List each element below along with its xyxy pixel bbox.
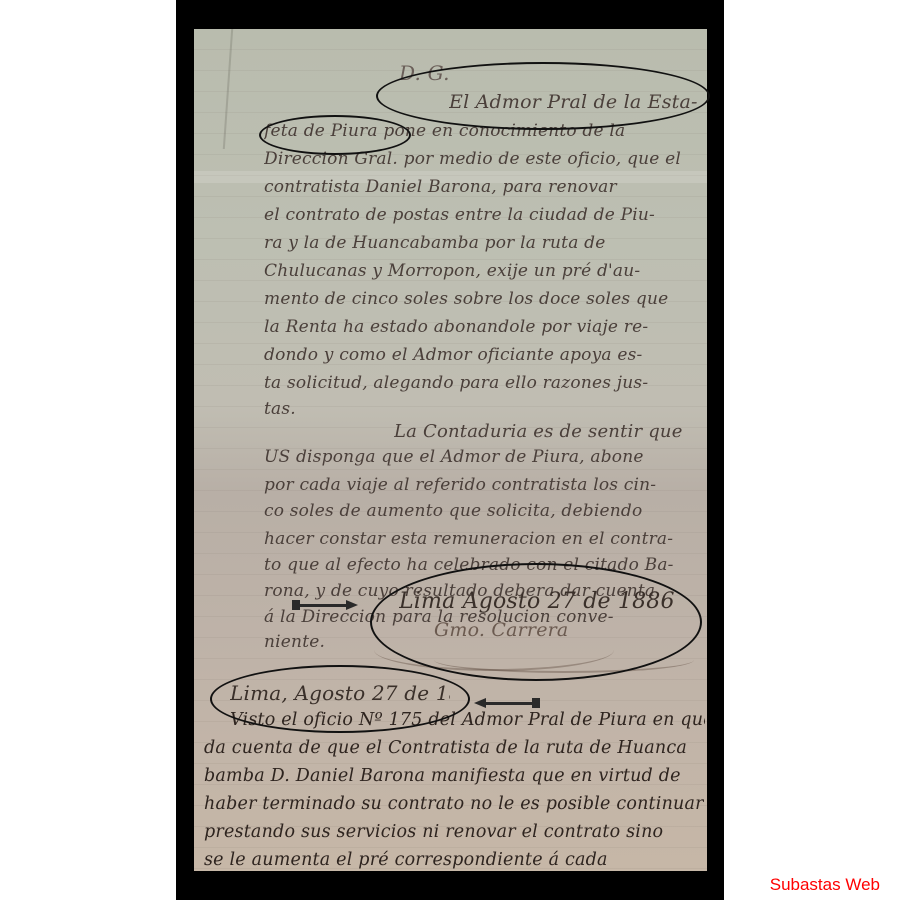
watermark-text: Subastas Web <box>770 875 880 895</box>
letter-line: la Renta ha estado abonandole por viaje … <box>264 317 704 337</box>
letter-line: dondo y como el Admor oficiante apoya es… <box>264 345 704 365</box>
contaduria-line: co soles de aumento que solicita, debien… <box>264 501 704 521</box>
contaduria-line: La Contaduria es de sentir que <box>394 421 707 442</box>
arrow-left-icon <box>474 698 542 708</box>
highlight-ellipse-piura <box>259 115 411 155</box>
second-entry-line: haber terminado su contrato no le es pos… <box>204 794 704 814</box>
arrow-right-icon <box>292 600 358 610</box>
highlight-ellipse-second-date <box>210 665 470 733</box>
paper-fold <box>223 29 233 149</box>
letter-line: contratista Daniel Barona, para renovar <box>264 177 704 197</box>
highlight-ellipse-signature <box>370 563 702 681</box>
contaduria-line: hacer constar esta remuneracion en el co… <box>264 529 704 549</box>
letter-line: Chulucanas y Morropon, exije un pré d'au… <box>264 261 704 281</box>
contaduria-line: US disponga que el Admor de Piura, abone <box>264 447 704 467</box>
letter-line: ra y la de Huancabamba por la ruta de <box>264 233 704 253</box>
contaduria-line: por cada viaje al referido contratista l… <box>264 475 704 495</box>
second-entry-line: prestando sus servicios ni renovar el co… <box>204 822 704 842</box>
document-page: D. G. El Admor Pral de la Esta- feta de … <box>194 29 707 871</box>
letter-line: ta solicitud, alegando para ello razones… <box>264 373 704 393</box>
highlight-ellipse-title <box>376 62 710 130</box>
letter-line: el contrato de postas entre la ciudad de… <box>264 205 704 225</box>
second-entry-line: bamba D. Daniel Barona manifiesta que en… <box>204 766 704 786</box>
letter-line: tas. <box>264 399 704 419</box>
second-entry-line: da cuenta de que el Contratista de la ru… <box>204 738 704 758</box>
second-entry-line: se le aumenta el pré correspondiente á c… <box>204 850 704 870</box>
letter-line-underlined: mento de cinco soles sobre los doce sole… <box>264 289 704 309</box>
